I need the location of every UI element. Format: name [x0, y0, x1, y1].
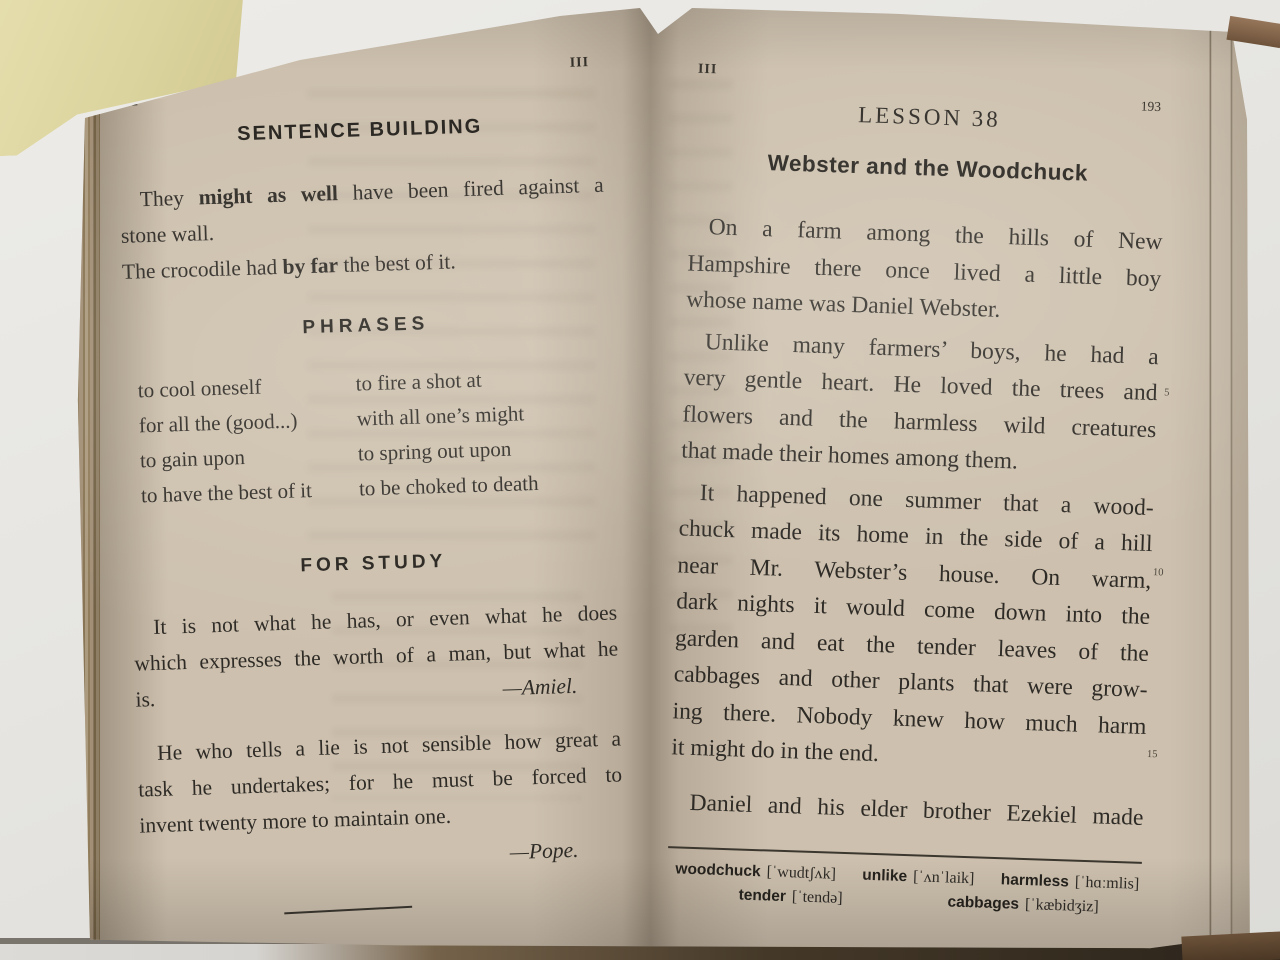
book-cover-edge-top-right [1226, 16, 1280, 48]
quote-pope: He who tells a lie is not sensible how g… [137, 720, 625, 881]
book-photo: III 192 SENTENCE BUILDING They might as … [0, 0, 1280, 960]
vocab-pronunciation: [ˈtendə] [792, 888, 843, 907]
vocab-word: unlike [862, 867, 907, 885]
part-numeral-left: III [569, 55, 589, 72]
sentence1-bold: might as well [198, 181, 338, 209]
phrase-item: to be choked to death [358, 464, 613, 507]
section-title-for-study: FOR STUDY [131, 539, 616, 590]
open-book: III 192 SENTENCE BUILDING They might as … [8, 4, 1256, 952]
quote-amiel: It is not what he has, or even what he d… [133, 594, 620, 717]
vocab-pronunciation: [ˈhɑːmlis] [1075, 874, 1140, 893]
lesson-title: Webster and the Woodchuck [690, 142, 1165, 194]
left-page-content: SENTENCE BUILDING They might as well hav… [117, 105, 626, 918]
vocab-pronunciation: [ˈkæbidʒiz] [1025, 896, 1099, 915]
margin-line-number-15: 15 [1147, 749, 1158, 760]
margin-line-number-10: 10 [1153, 567, 1164, 578]
part-numeral-right: III [698, 62, 718, 79]
margin-line-number-5: 5 [1164, 387, 1170, 398]
lesson-number: LESSON 38 [692, 92, 1167, 144]
vocab-pronunciation: [ˈwudtʃʌk] [766, 863, 836, 882]
quote-end: is. [135, 681, 156, 718]
page-edges-left [8, 102, 100, 949]
phrase-item: to have the best of it [141, 472, 360, 514]
book-cover-edge-bottom-right [1181, 931, 1280, 960]
paragraph-1: On a farm among the hills of New Hampshi… [686, 209, 1163, 334]
vocab-word: woodchuck [675, 860, 761, 880]
vocab-word: harmless [1001, 871, 1070, 890]
sentence2-pre: The crocodile had [122, 255, 283, 284]
paragraph-3: It happened one summer that a wood- chuc… [671, 474, 1154, 782]
sentence2-post: the best of it. [338, 249, 456, 277]
right-page-content: LESSON 38 Webster and the Woodchuck On a… [666, 92, 1167, 921]
right-page: III 193 5 10 15 LESSON 38 Webster and th… [645, 43, 1234, 945]
section-title-phrases: PHRASES [123, 301, 608, 352]
quote-author-amiel: —Amiel. [502, 666, 620, 706]
sentence1-pre: They [139, 185, 199, 211]
phrases-list: to cool oneself to fire a shot at for al… [125, 359, 613, 514]
section-title-sentence-building: SENTENCE BUILDING [117, 105, 602, 156]
paragraph-4: Daniel and his elder brother Ezekiel mad… [669, 784, 1144, 836]
vocab-word: tender [738, 887, 786, 906]
vocab-entry: unlike[ˈʌnˈlaik] [862, 864, 975, 892]
section-end-rule [284, 906, 412, 915]
left-page: III 192 SENTENCE BUILDING They might as … [82, 45, 669, 932]
vocab-entry: cabbages[ˈkæbidʒiz] [947, 890, 1099, 919]
vocab-pronunciation: [ˈʌnˈlaik] [913, 868, 975, 887]
sentence1-post: have been fired against a [338, 173, 604, 205]
vocab-entry: tender[ˈtendə] [738, 884, 843, 911]
vocab-word: cabbages [947, 893, 1019, 912]
sentence2-bold: by far [282, 253, 338, 279]
text-line: Daniel and his elder brother Ezekiel mad… [669, 784, 1144, 836]
paragraph-2: Unlike many farmers’ boys, he had a very… [681, 323, 1160, 485]
